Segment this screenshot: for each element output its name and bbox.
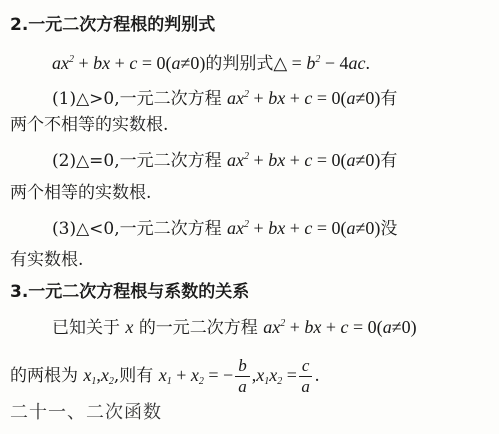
chapter-title: 二十一、二次函数 <box>10 403 162 423</box>
roots: x1,x2 <box>83 365 114 385</box>
case-3-continuation: 有实数根. <box>10 250 83 270</box>
then-text: ,则有 <box>114 366 153 386</box>
discriminant-symbol: △ = <box>273 53 306 73</box>
vieta-equation: ax2 + bx + c = 0(a≠0) <box>263 317 416 337</box>
case-3-equation: ax2 + bx + c = 0(a≠0) <box>227 218 380 238</box>
case-2-continuation: 两个相等的实数根. <box>10 183 151 203</box>
discriminant-definition: ax2 + bx + c = 0(a≠0)的判别式△ = b2 − 4ac. <box>52 53 370 74</box>
vieta-intro-line: 已知关于 x 的一元二次方程 ax2 + bx + c = 0(a≠0) <box>52 317 417 338</box>
end-period: . <box>314 366 319 386</box>
section-3-heading: 3.一元二次方程根与系数的关系 <box>10 282 249 302</box>
roots-text: 的两根为 <box>10 366 78 386</box>
case-2-equation: ax2 + bx + c = 0(a≠0) <box>227 150 380 170</box>
case-3-tail: 没 <box>380 219 397 239</box>
sum-fraction: ba <box>235 356 250 397</box>
quadratic-equation: ax2 + bx + c = 0(a≠0) <box>52 53 205 73</box>
vieta-formula-line: 的两根为 x1,x2,则有 x1 + x2 = −ba,x1x2 =ca. <box>10 352 320 398</box>
section-2-heading: 2.一元二次方程根的判别式 <box>10 15 215 35</box>
product-fraction: ca <box>299 356 313 397</box>
case-2-tail: 有 <box>380 151 397 171</box>
case-3-line: (3)△<0,一元二次方程 ax2 + bx + c = 0(a≠0)没 <box>52 218 397 239</box>
vieta-intro-mid: 的一元二次方程 <box>139 318 258 338</box>
case-1-equation: ax2 + bx + c = 0(a≠0) <box>227 88 380 108</box>
case-1-continuation: 两个不相等的实数根. <box>10 115 168 135</box>
case-1-line: (1)△>0,一元二次方程 ax2 + bx + c = 0(a≠0)有 <box>52 88 397 109</box>
variable-x: x <box>125 317 133 337</box>
sum-of-roots: x1 + x2 = − <box>159 365 233 385</box>
case-1-tail: 有 <box>380 89 397 109</box>
vieta-intro: 已知关于 <box>52 318 120 338</box>
product-of-roots: ,x1x2 = <box>252 365 297 385</box>
case-2-label: (2)△=0,一元二次方程 <box>52 151 222 171</box>
case-2-line: (2)△=0,一元二次方程 ax2 + bx + c = 0(a≠0)有 <box>52 150 397 171</box>
case-1-label: (1)△>0,一元二次方程 <box>52 89 222 109</box>
discriminant-formula: b2 − 4ac. <box>306 53 370 73</box>
case-3-label: (3)△<0,一元二次方程 <box>52 219 222 239</box>
definition-text: 的判别式 <box>205 54 273 74</box>
